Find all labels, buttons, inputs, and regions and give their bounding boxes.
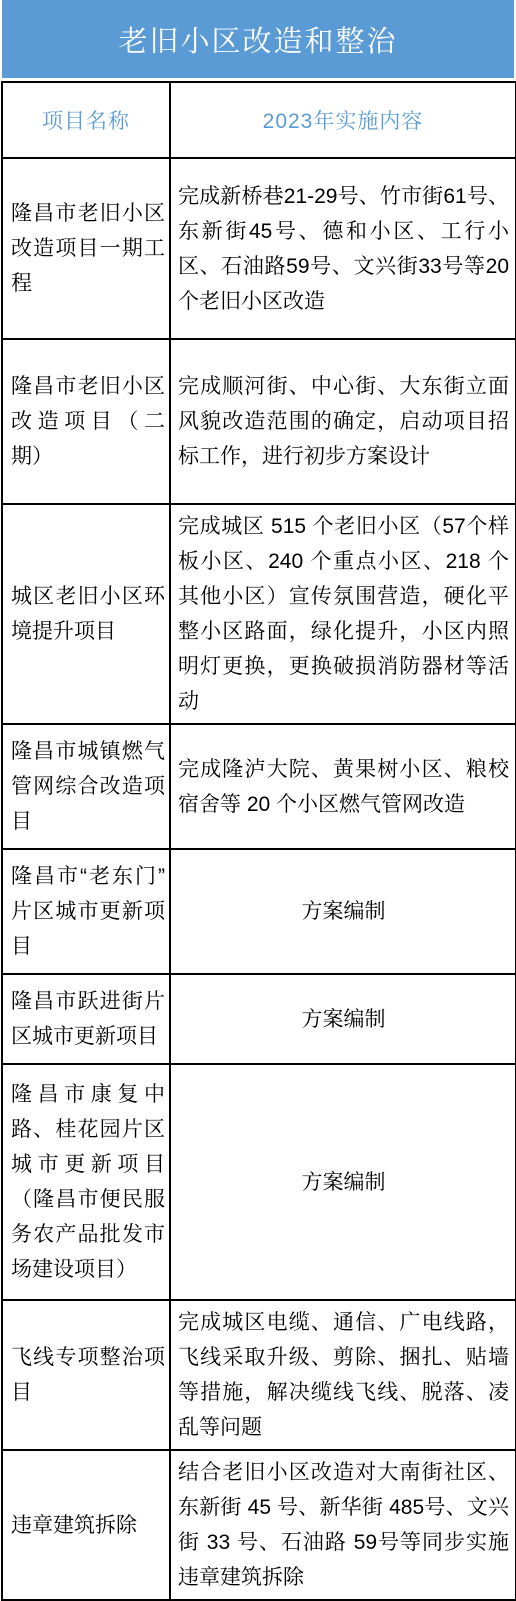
table-row: 隆昌市“老东门”片区城市更新项目 方案编制	[2, 849, 516, 974]
table-row: 隆昌市老旧小区改造项目（二期） 完成顺河街、中心街、大东街立面风貌改造范围的确定…	[2, 339, 516, 504]
project-name-cell: 飞线专项整治项目	[2, 1300, 170, 1450]
implementation-content-cell: 方案编制	[170, 849, 516, 974]
table-row: 城区老旧小区环境提升项目 完成城区 515 个老旧小区（57个样板小区、240 …	[2, 504, 516, 724]
implementation-content-cell: 结合老旧小区改造对大南街社区、东新街 45 号、新华街 485号、文兴街 33 …	[170, 1450, 516, 1600]
project-name-cell: 隆昌市老旧小区改造项目（二期）	[2, 339, 170, 504]
table-row: 隆昌市城镇燃气管网综合改造项目 完成隆泸大院、黄果树小区、粮校宿舍等 20 个小…	[2, 724, 516, 849]
table-row: 隆昌市老旧小区改造项目一期工程 完成新桥巷21-29号、竹市街61号、东新街45…	[2, 158, 516, 339]
project-name-cell: 隆昌市“老东门”片区城市更新项目	[2, 849, 170, 974]
column-header-implementation-content: 2023年实施内容	[170, 82, 516, 158]
table-row: 违章建筑拆除 结合老旧小区改造对大南街社区、东新街 45 号、新华街 485号、…	[2, 1450, 516, 1600]
table-row: 隆昌市跃进街片区城市更新项目 方案编制	[2, 974, 516, 1064]
table-row: 隆昌市康复中路、桂花园片区城市更新项目（隆昌市便民服务农产品批发市场建设项目） …	[2, 1064, 516, 1300]
project-name-cell: 隆昌市康复中路、桂花园片区城市更新项目（隆昌市便民服务农产品批发市场建设项目）	[2, 1064, 170, 1300]
column-header-project-name: 项目名称	[2, 82, 170, 158]
implementation-content-cell: 完成顺河街、中心街、大东街立面风貌改造范围的确定，启动项目招标工作，进行初步方案…	[170, 339, 516, 504]
implementation-content-cell: 完成城区电缆、通信、广电线路，飞线采取升级、剪除、捆扎、贴墙等措施，解决缆线飞线…	[170, 1300, 516, 1450]
project-name-cell: 违章建筑拆除	[2, 1450, 170, 1600]
project-name-cell: 隆昌市跃进街片区城市更新项目	[2, 974, 170, 1064]
table-row: 飞线专项整治项目 完成城区电缆、通信、广电线路，飞线采取升级、剪除、捆扎、贴墙等…	[2, 1300, 516, 1450]
header-row: 项目名称 2023年实施内容	[2, 82, 516, 158]
page-title: 老旧小区改造和整治	[2, 0, 514, 78]
implementation-content-cell: 完成新桥巷21-29号、竹市街61号、东新街45号、德和小区、工行小区、石油路5…	[170, 158, 516, 339]
project-name-cell: 城区老旧小区环境提升项目	[2, 504, 170, 724]
implementation-content-cell: 方案编制	[170, 1064, 516, 1300]
project-name-cell: 隆昌市城镇燃气管网综合改造项目	[2, 724, 170, 849]
page: 老旧小区改造和整治 项目名称 2023年实施内容 隆昌市老旧小区改造项目一期工程…	[0, 0, 516, 1601]
projects-table: 项目名称 2023年实施内容 隆昌市老旧小区改造项目一期工程 完成新桥巷21-2…	[1, 81, 516, 1601]
implementation-content-cell: 完成城区 515 个老旧小区（57个样板小区、240 个重点小区、218 个其他…	[170, 504, 516, 724]
project-name-cell: 隆昌市老旧小区改造项目一期工程	[2, 158, 170, 339]
implementation-content-cell: 方案编制	[170, 974, 516, 1064]
implementation-content-cell: 完成隆泸大院、黄果树小区、粮校宿舍等 20 个小区燃气管网改造	[170, 724, 516, 849]
